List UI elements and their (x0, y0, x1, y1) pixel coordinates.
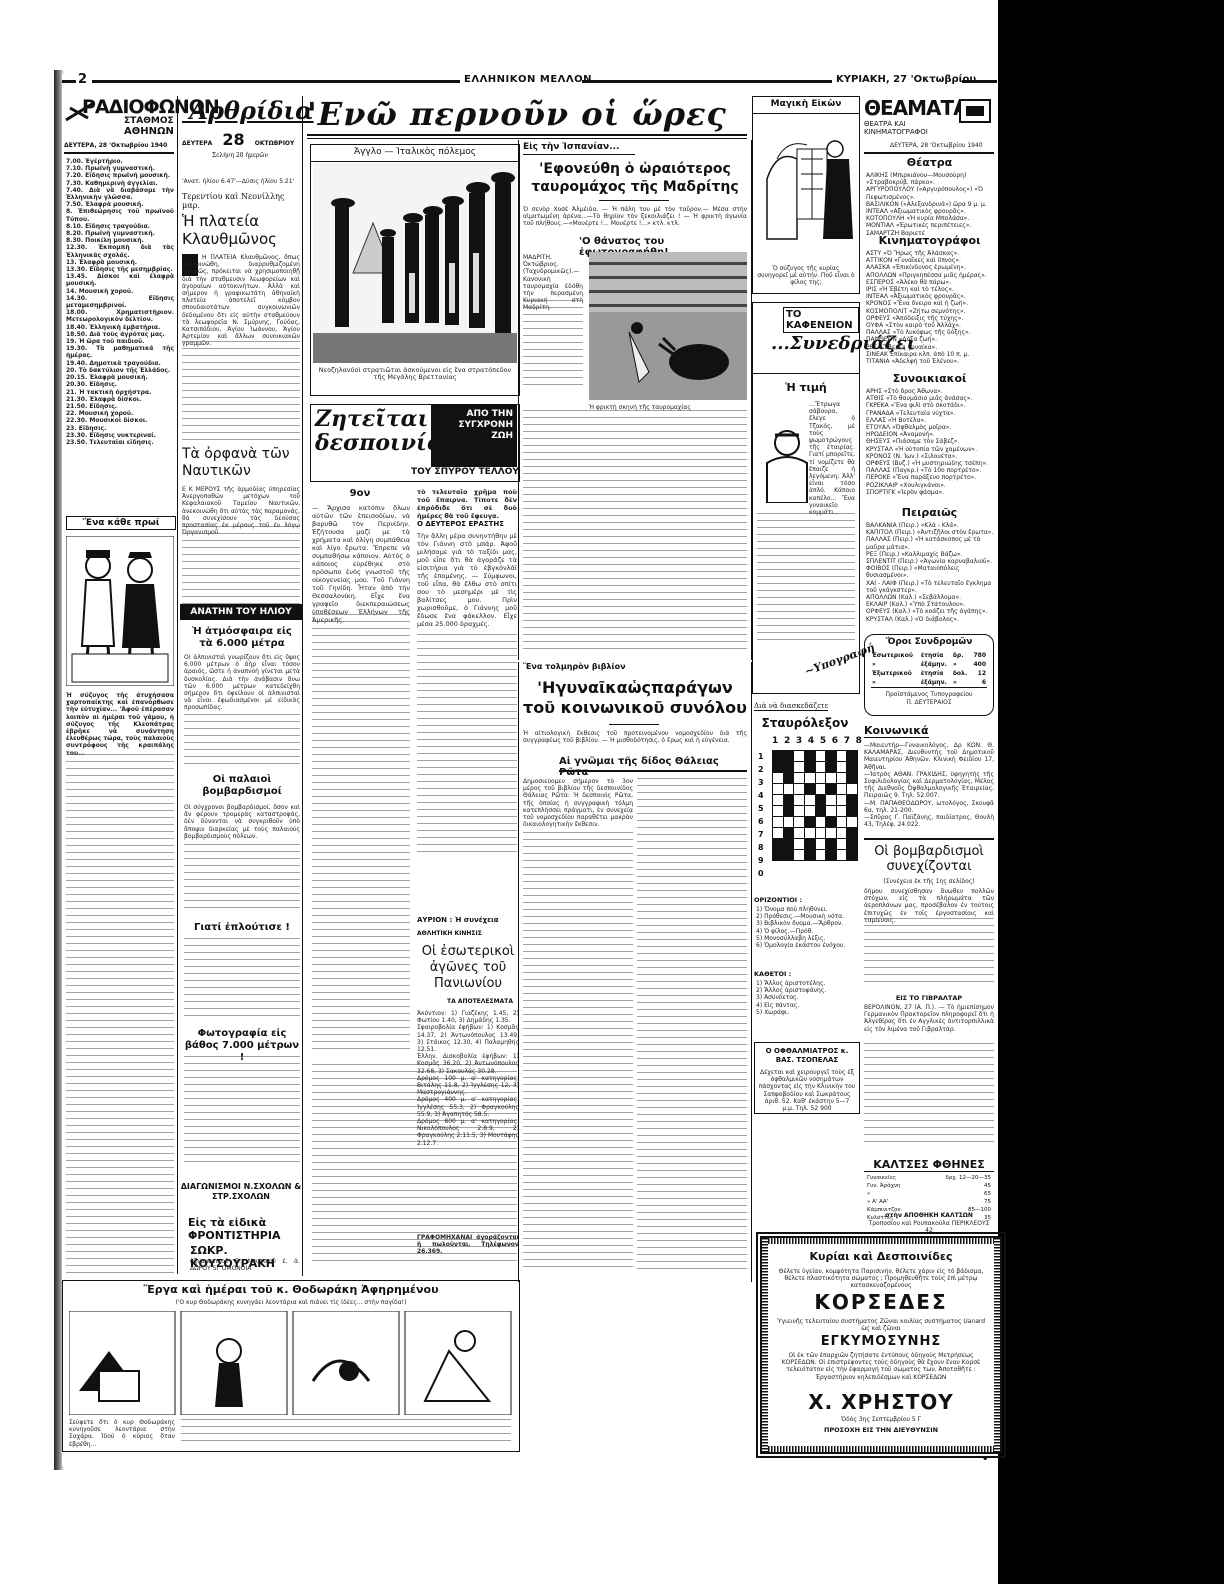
crossword-cell[interactable] (773, 806, 784, 817)
column-number: 5 (820, 736, 826, 746)
ad-title: Εἰς τὰ εἰδικὰ ΦΡΟΝΤΙΣΤΗΡΙΑ (188, 1216, 302, 1242)
down-label: ΚΑΘΕΤΟΙ : (754, 970, 791, 978)
kafeneion-box: ΤΟ ΚΑΦΕΝΕΙΟΝ ...Συνεδριάζει Ἡ τιμή ...Ἔτ… (752, 302, 860, 694)
stockings-ad: ΚΑΛΤΣΕΣ ΦΘΗΝΕΣ Γυναικεῖεςδρχ. 12—20—35Γυ… (864, 1158, 994, 1220)
crossword-black-cell (815, 806, 826, 817)
crossword-black-cell (826, 850, 837, 861)
listing-item: ΚΡΟΝΟΣ «Ἕνα ὄνειρο καὶ ἡ ζωή». (866, 300, 994, 307)
subscription-row: Ἐσωτερικοῦἐτησίαδρ.780 (871, 651, 987, 660)
book-article: Ἕνα τολμηρὸν βιβλίον 'Ηγυναῖκαὡςπαράγων … (518, 662, 752, 1282)
schedule-item: 7.20. Εἴδησις πρωϊνή μουσική. (66, 172, 174, 179)
article-title: Γιατί ἐπλούτισε ! (184, 922, 300, 933)
crossword-cell[interactable] (826, 773, 837, 784)
crossword-black-cell (847, 839, 858, 850)
article-text: ΒΕΡΟΛΙΝΟΝ, 27 (Α. Π.). — Τὸ ἡμιεπίσημον … (864, 1004, 994, 1033)
spain-article: Εἰς τὴν Ἰσπανίαν... 'Εφονεύθη ὁ ὡραιότερ… (518, 140, 752, 660)
crossword-cell[interactable] (836, 817, 847, 828)
clue: 4) Ὁ φίλος.—Πρόθ. (756, 928, 856, 935)
crossword-cell[interactable] (773, 784, 784, 795)
column-number: 4 (808, 736, 814, 746)
article-subhead: ΕΙΣ ΤΟ ΓΙΒΡΑΛΤΑΡ (864, 994, 994, 1002)
crossword-cell[interactable] (804, 828, 815, 839)
column-number: 8 (856, 736, 862, 746)
listing-item: ΡΕΞ (Πειρ.) «Καλλιμαχίς Βάζω». (866, 551, 994, 558)
schools-ad: ΔΙΑΓΩΝΙΣΜΟΙ Ν.ΣΧΟΛΩΝ & ΣΤΡ.ΣΧΟΛΩΝ Εἰς τὰ… (180, 1182, 302, 1272)
article-summary: Ὁ σενὸρ Χοσὲ Ἀλμέιδα. — Ἡ πάλη του μὲ τὸ… (523, 206, 747, 228)
clue: 5) Χωράφι. (756, 1009, 856, 1016)
crossword-black-cell (847, 762, 858, 773)
schedule-item: 21.50. Εἴδησις. (66, 403, 174, 410)
neighborhood-heading: Συνοικιακοί (862, 372, 997, 385)
company-name: Χ. ΧΡΗΣΤΟΥ (772, 1390, 990, 1414)
continued-notice: ΑΥΡΙΟΝ : Ἡ συνέχεια (417, 916, 517, 924)
war-photo-box: Ἀγγλο — Ἰταλικὸς πόλεμος Νεοζηλανδοὶ στρ… (310, 144, 520, 396)
listing-item: ΙΝΤΕΑΛ «Αξιωματικὸς φρουρᾶς». (866, 208, 994, 215)
photo-caption: Νεοζηλανδοὶ στρατιῶται ἀσκούμενοι εἰς ἕν… (315, 367, 515, 381)
schedule-item: 12.30. Ἐκπομπὴ διὰ τὰς Ἑλληνικὰς σχολάς. (66, 244, 174, 258)
crossword-cell[interactable] (804, 795, 815, 806)
month-name: ΟΚΤΩΒΡΙΟΥ (255, 140, 295, 147)
schedule-item: 18.50. Διὰ τοὺς ἀγρότας μας. (66, 331, 174, 338)
listing-item: ΤΙΤΑΝΙΑ «Ἀδελφή τοῦ Ἑλένου». (866, 358, 994, 365)
clue: 2) Πρόθεσις.—Μουσικὴ νότα. (756, 913, 856, 920)
crossword-column-numbers: 12345678 (772, 736, 862, 746)
listing-item: ΠΕΡΟΚΕ «Ἕνα παράξενο πορτρέτο». (866, 474, 994, 481)
schedule-item: 7.00. Ἐγέρτήριο. (66, 158, 174, 165)
crossword-black-cell (815, 795, 826, 806)
article-headline: Οἱ βομβαρδισμοὶ συνεχίζονται (864, 844, 994, 874)
listing-item: ΕΣΠΕΡΟΣ «Ἀλέκο θὰ πάρω». (866, 279, 994, 286)
crossword-black-cell (804, 784, 815, 795)
column-number: 6 (832, 736, 838, 746)
kafeneion-header: ΤΟ ΚΑΦΕΝΕΙΟΝ ...Συνεδριάζει (753, 303, 859, 374)
serial-title: Ζητεῖται δεσποινίς... (315, 407, 425, 455)
address-notice: ΠΡΟΣΟΧΗ ΕΙΣ ΤΗΝ ΔΙΕΥΘΥΝΣΙΝ (776, 1426, 986, 1434)
theamata-logo: ΘΕΑΜΑΤΑ (864, 96, 968, 120)
listing-item: ΜΟΝΤΙΑΛ «Ἐρωτικὲς περιπέτειες». (866, 222, 994, 229)
crossword-cell[interactable] (836, 828, 847, 839)
crossword-grid[interactable] (772, 750, 858, 861)
article-text: Η ΠΛΑΤΕΙΑ Κλαυθμῶνος, ὅπως ἀνεκοινώθη, δ… (182, 254, 300, 348)
crossword-cell[interactable] (815, 773, 826, 784)
crossword-cell[interactable] (836, 850, 847, 861)
typewriter-ad: ΓΡΑΦΟΜΗΧΑΝΑΙ ἀγοράζονται ἢ πωλοῦνται. Τη… (417, 1234, 519, 1256)
listing-item: ΗΡΩΔΕΙΟΝ «Ἀναμονή». (866, 431, 994, 438)
crossword-title: Σταυρόλεξον (752, 716, 858, 730)
crossword-cell[interactable] (836, 773, 847, 784)
radio-schedule: 7.00. Ἐγέρτήριο.7.10. Πρωϊνὴ γυμναστική.… (66, 158, 174, 446)
row-number: 1 (758, 750, 768, 763)
row-number: 4 (758, 789, 768, 802)
ad-title: ΚΑΛΤΣΕΣ ΦΘΗΝΕΣ (864, 1158, 994, 1172)
ad-text: Ὑγιεινῆς τελευταίου συστήματος Ζῶναι κοι… (776, 1318, 986, 1332)
listing-item: ΑΡΓΥΡΟΠΟΥΛΟΥ («Αργυρόπουλος») «Ὁ Πεφωτισ… (866, 186, 994, 200)
schedule-item: 7.50. Ἐλαφρὰ μουσική. (66, 201, 174, 208)
crossword-cell[interactable] (773, 773, 784, 784)
ad-title: Ο ΟΦΘΑΛΜΙΑΤΡΟΣ κ. ΒΑΣ. ΤΣΟΠΕΛΑΣ (757, 1047, 857, 1065)
main-headline: 'Ενῶ περνοῦν οἱ ὥρες (307, 96, 747, 132)
crossword-cell[interactable] (815, 784, 826, 795)
row-number: 5 (758, 802, 768, 815)
crossword-cell[interactable] (836, 751, 847, 762)
koinonika-title: Κοινωνικά (864, 724, 929, 738)
listing-item: ΠΑΛΛΑΣ (Πειρ.) «Ἡ κατάσκοπος μὲ τὰ μαῦρα… (866, 536, 994, 550)
serial-subhead: Ο ΔΕΥΤΕΡΟΣ ΕΡΑΣΤΗΣ (417, 520, 517, 528)
section-label: Ἕνα τολμηρὸν βιβλίον (523, 662, 626, 671)
subscriptions-box: Ὅροι Συνδρομῶν Ἐσωτερικοῦἐτησίαδρ.780»ἑξ… (864, 634, 994, 716)
chapter-number: 9ον (310, 488, 410, 499)
row-number: 9 (758, 854, 768, 867)
subscription-row: »ἑξάμην.»400 (871, 660, 987, 669)
crossword-black-cell (826, 751, 837, 762)
listing-item: ΟΡΦΕΥΣ (Καλ.) «Τὸ κοάζει τῆς ἀγάπης». (866, 608, 994, 615)
crossword-cell[interactable] (815, 828, 826, 839)
price-row: » Α' ΑΑ'75 (866, 1198, 992, 1206)
crossword-section: Διὰ νὰ διασκεδάζετε Σταυρόλεξον 12345678… (752, 702, 858, 962)
crossword-cell[interactable] (826, 806, 837, 817)
crossword-cell[interactable] (815, 751, 826, 762)
schedule-item: 13.30. Εἴδησις τῆς μεσημβρίας. (66, 266, 174, 273)
clue: 3) Βιβλικὸν ὄνομα.—Ἄρθρον. (756, 920, 856, 927)
product-name: ΕΓΚΥΜΟΣΥΝΗΣ (772, 1334, 990, 1349)
crossword-cell[interactable] (794, 784, 805, 795)
ad-title: Κυρίαι καὶ Δεσποινίδες (772, 1250, 990, 1263)
listing-item: ΠΑΛΛΑΣ «Τὸ λυκόφως τῆς δόξης». (866, 329, 994, 336)
column-number: 1 (772, 736, 778, 746)
schedule-item: 13.45. Δίσκοι καὶ ἐλαφρὰ μουσική. (66, 273, 174, 287)
across-clues: 1) Ὄνομα ποὺ πληθύνει.2) Πρόθεσις.—Μουσι… (756, 906, 856, 949)
crossword-black-cell (847, 806, 858, 817)
row-number: 7 (758, 828, 768, 841)
article-headline: 'Εφονεύθη ὁ ὡραιότερος ταυρομάχος τῆς Μα… (523, 160, 747, 196)
product-name: ΚΟΡΣΕΔΕΣ (772, 1290, 990, 1314)
crossword-black-cell (804, 850, 815, 861)
serial-header: Ζητεῖται δεσποινίς... ΑΠΟ ΤΗΝ ΣΥΓΧΡΟΝΗ Ζ… (310, 404, 520, 482)
newspaper-page: 2 ΕΛΛΗΝΙΚΟΝ ΜΕΛΛΟΝ ΚΥΡΙΑΚΗ, 27 'Οκτωβρίο… (62, 74, 997, 1466)
schedule-item: 8.10. Εἴδησις τραγούδια. (66, 223, 174, 230)
crossword-cell[interactable] (794, 773, 805, 784)
listing-date: ΔΕΥΤΕΡΑ, 28 'Οκτωβρίου 1940 (890, 142, 983, 149)
crossword-row-numbers: 1234567890 (758, 750, 768, 880)
schedule-item: 14.30. Εἴδησις μεταμεσημβρινοί. (66, 295, 174, 309)
crossword-cell[interactable] (815, 817, 826, 828)
crossword-black-cell (773, 751, 784, 762)
schedule-item: 7.10. Πρωϊνὴ γυμναστική. (66, 165, 174, 172)
listing-item: ΟΡΦΕΥΣ (Βυζ.) «Ἡ μυστηριώδης τσέπη». (866, 460, 994, 467)
crossword-black-cell (783, 762, 794, 773)
crossword-black-cell (773, 839, 784, 850)
ad-text: Οἱ ἐκ τῶν ἐπαρχιῶν ζητήσατε ἐντύπους ὁδη… (776, 1352, 986, 1381)
row-number: 0 (758, 867, 768, 880)
article-title: Ἡ πλατεία Κλαυθμῶνος (182, 212, 300, 248)
issue-date: ΚΥΡΙΑΚΗ, 27 'Οκτωβρίου (836, 74, 976, 85)
down-clues: 1) Ἄλλος ἀριστοτέλης.2) Ἄλλος ἀριστοφάνη… (756, 980, 856, 1016)
crossword-cell[interactable] (836, 784, 847, 795)
crossword-cell[interactable] (836, 762, 847, 773)
article-title: Ἡ ἀτμόσφαιρα εἰς τὰ 6.000 μέτρα (184, 626, 300, 650)
schedule-item: 19.40. Δημοτικὰ τραγούδια. (66, 360, 174, 367)
crossword-cell[interactable] (794, 850, 805, 861)
schedule-item: 21. Ἡ τακτικὴ ὀρχήστρα. (66, 389, 174, 396)
listing-item: ΘΗΣΕΥΣ «Πιάσαμε τὸν Σάβεζ». (866, 438, 994, 445)
crossword-cell[interactable] (773, 817, 784, 828)
crossword-cell[interactable] (826, 795, 837, 806)
clue: 1) Ἄλλος ἀριστοτέλης. (756, 980, 856, 987)
newspaper-title: ΕΛΛΗΝΙΚΟΝ ΜΕΛΛΟΝ (464, 74, 592, 85)
ad-text: Θέλετε ὑγείαν, κομψότητα Παρισινήν, θέλε… (776, 1268, 986, 1290)
schedule-item: 23.30. Εἴδησις νυκτεριναί. (66, 432, 174, 439)
continued-from: (Συνέχεια ἐκ τῆς 1ης σελίδος) (864, 878, 994, 885)
subscriptions-table: Ἐσωτερικοῦἐτησίαδρ.780»ἑξάμην.»400Ἐξωτερ… (871, 651, 987, 687)
listing-item: ΣΙΝΕΑΚ Ἐπίκαιρα κλπ. ἀπὸ 10 π. μ. (866, 351, 994, 358)
result-item: Δρόμος 800 μ. α' κατηγορίας: Νικολόπουλο… (417, 1118, 519, 1147)
serial-author: ΤΟΥ ΣΠΥΡΟΥ ΤΕΛΛΟΥ (411, 467, 519, 477)
serial-text: — Ἄρχισα κατόπιν ὅλων αὐτῶν τῶν ἐπεισοδί… (312, 504, 410, 624)
company-address: Ὁδὸς 3ης Σεπτεμβρίου 5 Γ (776, 1416, 986, 1423)
schedule-item: 18.00. Χρηματιστήριον. Μετεωρολογικὸν δε… (66, 309, 174, 323)
result-item: Σφαιροβολία ἐφήβων: 1) Κοσμᾶς 14.37, 2) … (417, 1024, 519, 1053)
day-number: 28 (222, 130, 244, 149)
story-text: ...Ἔτρωγα σάβουρα, ἔλεγε ὁ Τζακός, μὲ το… (809, 401, 855, 516)
listing-item: ΒΑΛΚΑΝΙΑ (Πειρ.) «Κλὰ - Κλά». (866, 522, 994, 529)
schedule-item: 19.30. Τὰ μαθηματικά τῆς ἡμέρας. (66, 345, 174, 359)
crossword-cell[interactable] (794, 817, 805, 828)
radio-date: ΔΕΥΤΕΡΑ, 28 'Οκτωβρίου 1940 (64, 142, 167, 149)
saints-day: Τερεντίου καὶ Νεονίλλης μαρ. (182, 192, 302, 210)
corset-ad: Κυρίαι καὶ Δεσποινίδες Θέλετε ὑγείαν, κο… (756, 1232, 1006, 1458)
crossword-cell[interactable] (836, 839, 847, 850)
story-text: Ἡ σύζυγος τῆς ἀτυχήσασα χαρτοπαίκτης καὶ… (66, 692, 174, 757)
crossword-cell[interactable] (836, 806, 847, 817)
article-title: Τὰ ὀρφανὰ τῶν Ναυτικῶν (182, 446, 300, 480)
crossword-black-cell (847, 828, 858, 839)
clue: 4) Εἰς πάντας. (756, 1002, 856, 1009)
social-notice: —Ἰατρὸς ΑΘΑΝ. ΓΡΑΧΙΔΗΣ, ὑφηγητὴς τῆς Συφ… (864, 771, 994, 800)
ad-title: ΔΙΑΓΩΝΙΣΜΟΙ Ν.ΣΧΟΛΩΝ & ΣΤΡ.ΣΧΟΛΩΝ (180, 1182, 302, 1202)
crossword-cell[interactable] (794, 839, 805, 850)
ophthalmologist-ad: Ο ΟΦΘΑΛΜΙΑΤΡΟΣ κ. ΒΑΣ. ΤΣΟΠΕΛΑΣ Δέχεται … (754, 1042, 860, 1114)
listing-item: ΣΠΟΡΤΙΓΚ «Ἰερὸν φάσμα». (866, 489, 994, 496)
crossword-black-cell (783, 828, 794, 839)
crossword-black-cell (773, 762, 784, 773)
schedule-item: 20.15. Ἐλαφρὰ μουσική. (66, 374, 174, 381)
neighborhood-cinemas-list: ΑΡΗΣ «Στὸ ὄρος Ἀθωνα».ΑΤΘΙΣ «Τὸ θαυμάσιο… (866, 388, 994, 496)
radio-logo: ΡΑΔΙΟΦΩΝΟΝ ΣΤΑΘΜΟΣ ΑΘΗΝΩΝ (64, 96, 176, 140)
crossword-cell[interactable] (815, 762, 826, 773)
listing-item: ΟΡΦΕΥΣ «Ἀπόδειξις τῆς τύχης». (866, 315, 994, 322)
ena-kathe-prwi: Ἕνα κάθε πρωί Ἡ σύζυγος τῆς ἀτυχήσασα χα… (62, 514, 178, 1274)
result-item: Δρόμος 100 μ. α' κατηγορίας: Βιτάλης 11.… (417, 1075, 519, 1097)
comic-title: Ἔργα καὶ ἡμέραι τοῦ κ. Θοδωράκη Ἀφηρημέν… (63, 1283, 519, 1296)
crossword-black-cell (783, 850, 794, 861)
row-number: 8 (758, 841, 768, 854)
crossword-cell[interactable] (783, 817, 794, 828)
listing-item: ΙΝΤΕΑΛ «Ἀξιωματικὸς φρουρᾶς». (866, 293, 994, 300)
comic-title: Ἕνα κάθε πρωί (66, 516, 176, 530)
crossword-black-cell (826, 817, 837, 828)
column-number: 2 (784, 736, 790, 746)
listing-item: ΒΑΣΙΛΙΚΟΝ («Αλεξανδρινά») ὥρα 9 μ. μ. (866, 201, 994, 208)
subscriptions-title: Ὅροι Συνδρομῶν (865, 637, 993, 647)
listing-item: ΓΡΑΝΑΔΑ «Τελευταία νύχτα». (866, 410, 994, 417)
crossword-cell[interactable] (773, 828, 784, 839)
theamata-column: ΘΕΑΜΑΤΑ ΘΕΑΤΡΑ ΚΑΙ ΚΙΝΗΜΑΤΟΓΡΑΦΟΙ ΔΕΥΤΕΡ… (862, 96, 997, 596)
listing-item: ΦΟΙΒΟΣ (Πειρ.) «Ματαιοπόλεις θυσιασμένοι… (866, 565, 994, 579)
listing-item: ΡΕΞ «Ἔβερες γυναίκα». (866, 344, 994, 351)
result-item: Δρόμος 400 μ. α' κατηγορίας: Ἰγγλέσης 55… (417, 1096, 519, 1118)
arthridia-title: 'Αρθρίδια (182, 96, 314, 125)
serial-text: Τὴν ἄλλη μέρα συνηντήθην μὲ τὸν Γιάννη σ… (417, 532, 517, 628)
crossword-black-cell (847, 795, 858, 806)
schedule-item: 22.30. Μουσικοὶ δίσκοι. (66, 417, 174, 424)
section-label: ΑΘΛΗΤΙΚΗ ΚΙΝΗΣΙΣ (417, 930, 519, 937)
crossword-cell[interactable] (836, 795, 847, 806)
listing-item: ΣΠΛΕΝΤΙΤ (Πειρ.) «Ἀγωνία καρναβαλιοῦ». (866, 558, 994, 565)
story-title: Ἡ τιμή (753, 381, 859, 394)
puzzle-caption: Ὁ σύζυγος τῆς κυρίας συνηγορεῖ μὲ αὐτήν.… (757, 265, 855, 287)
price-row: Γυν. Ἀράχνη45 (866, 1182, 992, 1190)
section-label: Διὰ νὰ διασκεδάζετε (754, 702, 828, 711)
soldiers-photo (313, 163, 517, 363)
crossword-black-cell (783, 751, 794, 762)
crossword-cell[interactable] (804, 773, 815, 784)
koinonika-list: —Μαιευτὴρ—Γυναικολόγος, Δρ ΚΩΝ. Θ. ΚΑΛΑΜ… (864, 742, 994, 828)
school-address: ἀξιωματικοῦ Β. Ναυτικοῦ ἐ. ἀ. ΔΩΡΟΥ 5Γ Ο… (190, 1258, 300, 1272)
crossword-black-cell (804, 762, 815, 773)
crossword-cell[interactable] (773, 795, 784, 806)
crossword-cell[interactable] (815, 850, 826, 861)
section-banner: ΑΝΑΤΗΝ ΤΟΥ ΗΛΙΟΥ (180, 604, 302, 620)
crossword-black-cell (826, 762, 837, 773)
listing-item: ΑΠΟΛΛΩΝ (Καλ.) «Σεβάλλομα». (866, 594, 994, 601)
bullfight-photo (589, 252, 747, 400)
crossword-black-cell (804, 817, 815, 828)
listing-item: ΚΡΟΝΟΣ (Ν. Ἰων.) «Σιλουέτα». (866, 453, 994, 460)
schedule-item: 8.20. Πρωϊνὴ γυμναστική. (66, 230, 174, 237)
listing-item: ΠΑΝΘΕΟΝ «Δόξα ζωή». (866, 336, 994, 343)
row-number: 3 (758, 776, 768, 789)
crossword-black-cell (783, 773, 794, 784)
listing-item: ΕΚΛΑΙΡ (Καλ.) «Ὑπὸ Στάτουλου». (866, 601, 994, 608)
price-row: »65 (866, 1190, 992, 1198)
crossword-cell[interactable] (826, 828, 837, 839)
section-label: Εἰς τὴν Ἰσπανίαν... (523, 142, 619, 152)
listing-item: ΚΡΥΣΤΑΛ (Καλ.) «Ὁ διάβολος». (866, 616, 994, 623)
listing-item: ΧΑΙ - ΛΑΙΦ (Πειρ.) «Τὸ τελευταῖο ἔγκλημα… (866, 580, 994, 594)
schedule-item: 23. Εἴδησις. (66, 425, 174, 432)
crossword-cell[interactable] (794, 762, 805, 773)
panel-caption: Σεύφετε ὅτι ὁ κυρ Θοδωράκης κυνηγοῦσε λε… (69, 1419, 175, 1448)
price-row: Γυναικεῖεςδρχ. 12—20—35 (866, 1174, 992, 1182)
magic-image-illustration (757, 119, 855, 259)
radio-column: ΡΑΔΙΟΦΩΝΟΝ ΣΤΑΘΜΟΣ ΑΘΗΝΩΝ ΔΕΥΤΕΡΑ, 28 'Ο… (62, 96, 178, 516)
column-number: 3 (796, 736, 802, 746)
serial-text: τὸ τελευταῖο χρῆμα ποὺ τοῦ ἔπαιρνα. Τίπο… (417, 488, 517, 520)
puzzle-title: Μαγικὴ Εἰκὼν (753, 99, 859, 109)
crossword-black-cell (847, 751, 858, 762)
ad-text: Δέχεται καὶ χειρουργεῖ τοὺς ἐξ ὀφθαλμικῶ… (758, 1069, 856, 1112)
crossword-cell[interactable] (815, 839, 826, 850)
crossword-black-cell (804, 839, 815, 850)
listing-item: ΚΑΠΙΤΟΛ (Πειρ.) «Ἀντιζῆλοι στὸν ἔρωτα». (866, 529, 994, 536)
article-text: Οἱ ἀλπινισταὶ γνωρίζουν ὅτι εἰς ὕψος 6.0… (184, 654, 300, 712)
result-item: Ἑλλην. Δισκοβολία ἐφήβων: 1) Κοσμᾶς 36.2… (417, 1053, 519, 1075)
schedule-item: 22. Μουσικὴ χορού. (66, 410, 174, 417)
article-text: Οἱ σύγχρονοι βομβαρδισμοί, ὅσον καὶ ἂν φ… (184, 804, 300, 840)
listing-item: ΕΛΛΑΣ «Ἡ Βοτέλα». (866, 417, 994, 424)
schedule-item: 8. Ἐπιθεώρησις τοῦ πρωϊνοῦ Τύπου. (66, 208, 174, 222)
clue: 5) Μονοσύλλαβη λέξις. (756, 935, 856, 942)
crossword-cell[interactable] (794, 806, 805, 817)
crossword-cell[interactable] (847, 784, 858, 795)
schedule-item: 20. Τὸ δακτύλιον τῆς Ἑλλάδος. (66, 367, 174, 374)
page-number: 2 (78, 72, 87, 87)
man-illustration (757, 423, 811, 503)
printer-label: Προϊστάμενος Τυπογραφείου (865, 691, 993, 698)
result-item: Ἀκόντιον: 1) Γιαζέκης 1.45, 2) Φωτίου 1.… (417, 1010, 519, 1024)
crossword-cell[interactable] (794, 751, 805, 762)
crossword-black-cell (773, 850, 784, 861)
crossword-cell[interactable] (847, 817, 858, 828)
article-headline: 'Ηγυναῖκαὡςπαράγων τοῦ κοινωνικοῦ συνόλο… (523, 678, 747, 718)
schedule-item: 7.40. Διὰ νὰ διαβάσομε τὴν Ἑλληνικὴν γλῶ… (66, 187, 174, 201)
crossword-black-cell (826, 784, 837, 795)
theatres-heading: Θέατρα (862, 156, 997, 169)
clue: 6) Ὁμολογία ἑκάστου ἐνόχου. (756, 942, 856, 949)
scan-border (998, 0, 1224, 1584)
schedule-item: 8.30. Ποικίλη μουσική. (66, 237, 174, 244)
schedule-item: 13. Ἐλαφρὰ μουσική. (66, 259, 174, 266)
clue: 3) Ἀσύνδετος. (756, 994, 856, 1001)
typist-illustration: ΑΠΟ ΤΗΝ ΣΥΓΧΡΟΝΗ ΖΩΗ (431, 405, 517, 467)
crossword-black-cell (783, 839, 794, 850)
crossword-cell[interactable] (804, 806, 815, 817)
schedule-item: 23.50. Τελευταῖαι εἴδησις. (66, 439, 174, 446)
article-headline: Οἱ ἐσωτερικοὶ ἀγῶνες τοῦ Πανιωνίου (417, 944, 519, 992)
listing-item: ΑΠΟΛΛΩΝ «Πριγκηπέσσα μιᾶς ἡμέρας». (866, 272, 994, 279)
across-label: ΟΡΙΖΟΝΤΙΟΙ : (754, 896, 802, 904)
listing-item: ΑΤΤΙΚΟΝ «Γυναῖκες καὶ ὕπνος». (866, 257, 994, 264)
cinemas-heading: Κινηματογράφοι (862, 234, 997, 247)
schedule-item: 21.30. Ἐλαφρὰ δίσκοι. (66, 396, 174, 403)
listing-item: ΕΤΟΥΑΛ «Ὀφθαλμὸς μοῖρα». (866, 424, 994, 431)
printer-name: Π. ΔΕΥΤΕΡΑΙΟΣ (865, 699, 993, 706)
masthead: 2 ΕΛΛΗΝΙΚΟΝ ΜΕΛΛΟΝ ΚΥΡΙΑΚΗ, 27 'Οκτωβρίο… (62, 74, 997, 88)
listing-item: ΑΣΤΥ «Ὁ Ἥρως τῆς Ἀλάσκας». (866, 250, 994, 257)
social-notice: —Σπῦρος Γ. Παϊζάνης, παιδίατρος, Θουλὴ 4… (864, 814, 994, 828)
row-number: 2 (758, 763, 768, 776)
results-list: Ἀκόντιον: 1) Γιαζέκης 1.45, 2) Φωτίου 1.… (417, 1010, 519, 1147)
listing-item: ΑΛΑΣΚΑ «Ἐπικίνδυνος ἐρωμένη». (866, 264, 994, 271)
listing-item: ΡΟΖΙΚΛΑΙΡ «Χουλιγκάνοι». (866, 482, 994, 489)
section-label: Ἀγγλο — Ἰταλικὸς πόλεμος (311, 147, 519, 162)
day-name: ΔΕΥΤΕΡΑ (182, 140, 212, 147)
comic-two-men-illustration (66, 536, 174, 686)
listing-item: ΟΥΦΑ «Στὸν καιρὸ τοῦ Ἀλλάχ». (866, 322, 994, 329)
social-notice: —Μ. ΠΑΠΑΘΕΟΔΩΡΟΥ, ωτολόγος, Σκουφᾶ 6α, τ… (864, 800, 994, 814)
schedule-item: 18.40. Ἑλληνικὴ ἐμβατήρια. (66, 324, 174, 331)
comic-panels (69, 1311, 513, 1415)
crossword-cell[interactable] (794, 795, 805, 806)
schedule-item: 20.30. Εἴδησις. (66, 381, 174, 388)
schedule-item: 19. Ἡ ὥρα τοῦ παιδιοῦ. (66, 338, 174, 345)
crossword-cell[interactable] (783, 784, 794, 795)
crossword-cell[interactable] (794, 828, 805, 839)
listing-item: ΑΡΗΣ «Στὸ ὄρος Ἀθωνα». (866, 388, 994, 395)
article-title: Οἱ παλαιοὶ βομβαρδισμοί (184, 774, 300, 798)
schedule-item: 7.30. Καθημερινὴ ἀγγελίαι. (66, 180, 174, 187)
listing-item: ΑΛΙΚΗΣ (Μπιρκιάνου—Μουσούρη) «Στραβοκρύβ… (866, 172, 994, 186)
